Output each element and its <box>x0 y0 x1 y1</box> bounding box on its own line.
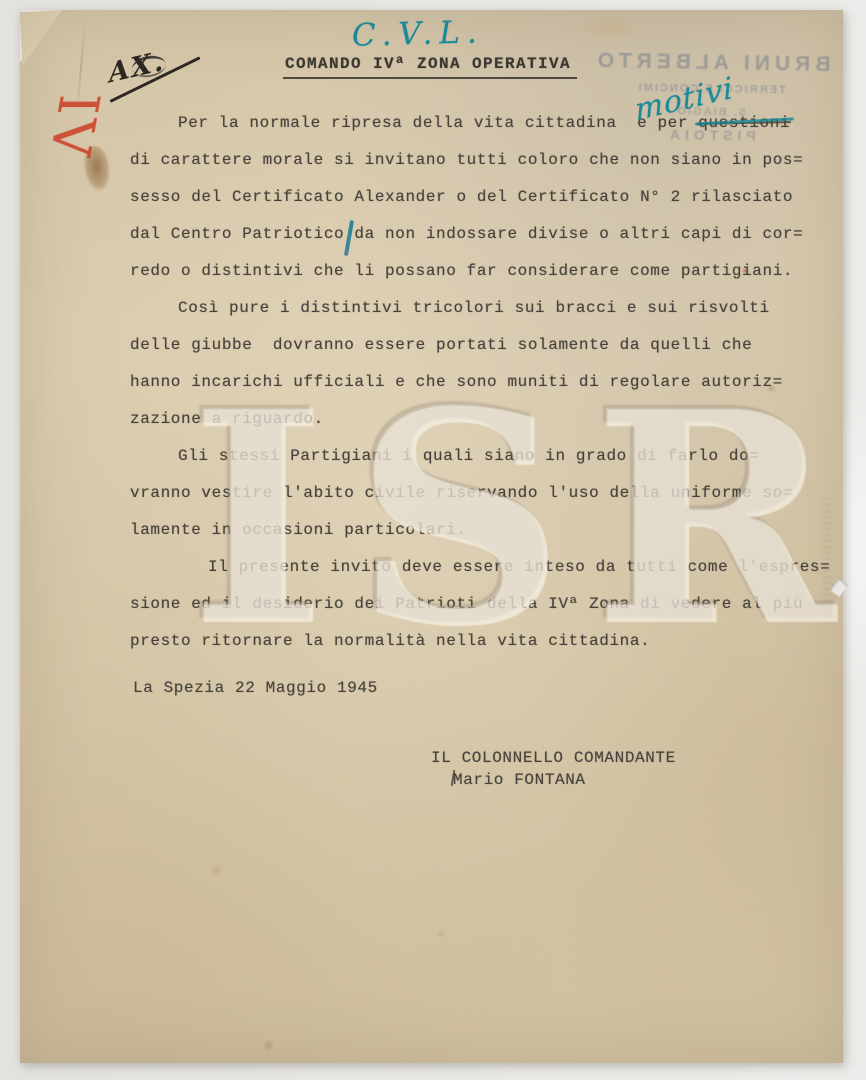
signature-name: Mario FONTANA <box>453 770 586 790</box>
paragraph3-line2: vranno vestire l'abito civile riservando… <box>130 483 793 503</box>
scanned-document-page: BRUNI ALBERTO TERRICCI E CONCIMI S. BIAG… <box>0 0 866 1080</box>
paragraph3-line1: Gli stessi Partigiani i quali siano in g… <box>130 446 760 466</box>
paragraph4-line3: presto ritornare la normalità nella vita… <box>130 631 650 651</box>
paragraph1-line4: dal Centro Patriotico da non indossare d… <box>130 224 803 244</box>
paragraph2-line2: delle giubbe dovranno essere portati sol… <box>130 335 752 355</box>
paragraph2-line4: zazione a riguardo. <box>130 409 324 429</box>
paragraph1-line1: Per la normale ripresa della vita cittad… <box>130 113 790 133</box>
paragraph4-line2: sione ed il desiderio dei Patrioti della… <box>130 594 803 614</box>
dateline: La Spezia 22 Maggio 1945 <box>133 678 378 698</box>
signature-role: IL COLONNELLO COMANDANTE <box>431 748 676 768</box>
paragraph4-line1: Il presente invito deve essere inteso da… <box>130 557 830 577</box>
p1-l1-struck-word: questioni <box>698 114 790 132</box>
paragraph1-line2: di carattere morale si invitano tutti co… <box>130 150 803 170</box>
paragraph2-line1: Così pure i distintivi tricolori sui bra… <box>130 298 770 318</box>
paragraph3-line3: lamente in occasioni particolari. <box>130 520 467 540</box>
paragraph2-line3: hanno incarichi ufficiali e che sono mun… <box>130 372 783 392</box>
paragraph1-line5: redo o distintivi che li possano far con… <box>130 261 793 281</box>
paragraph1-line3: sesso del Certificato Alexander o del Ce… <box>130 187 793 207</box>
p1-l1-text: Per la normale ripresa della vita cittad… <box>178 114 698 132</box>
document-title: COMANDO IVª ZONA OPERATIVA <box>283 54 577 79</box>
red-margin-numeral: IV <box>36 94 112 161</box>
